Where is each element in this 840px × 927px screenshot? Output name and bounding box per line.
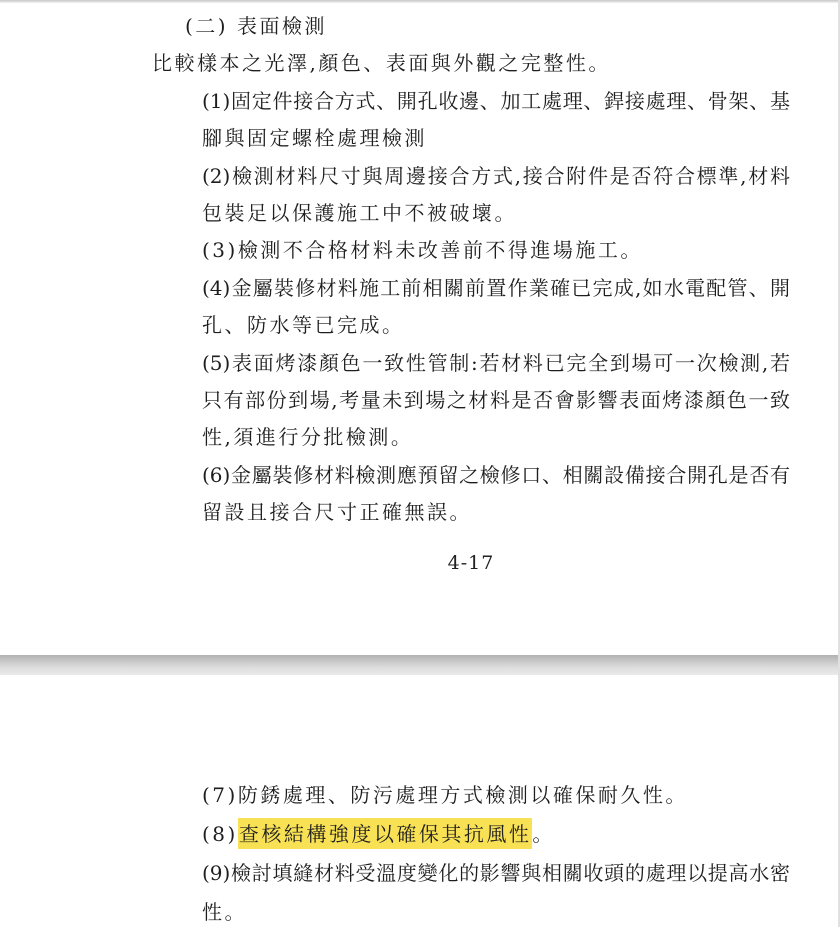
text-segment: 。 [532, 822, 555, 846]
text-segment: (8) [202, 822, 238, 846]
page-2-text-block: (7)防銹處理、防污處理方式檢測以確保耐久性。(8)查核結構強度以確保其抗風性。… [0, 776, 840, 927]
text-line: (8)查核結構強度以確保其抗風性。 [202, 815, 840, 854]
text-line: 比較樣本之光澤,顏色、表面與外觀之完整性。 [152, 45, 840, 82]
text-line: (2)檢測材料尺寸與周邊接合方式,接合附件是否符合標準,材料 [202, 158, 790, 195]
page-1-text-block: (二) 表面檢測比較樣本之光澤,顏色、表面與外觀之完整性。(1)固定件接合方式、… [0, 8, 840, 531]
text-line: 性,須進行分批檢測。 [202, 419, 840, 456]
text-line: 包裝足以保護施工中不被破壞。 [202, 195, 840, 232]
document-page-1: (二) 表面檢測比較樣本之光澤,顏色、表面與外觀之完整性。(1)固定件接合方式、… [0, 3, 840, 655]
text-line: 腳與固定螺栓處理檢測 [202, 120, 840, 157]
page-number: 4-17 [380, 552, 562, 574]
page-gap-divider [0, 655, 840, 675]
text-line: 孔、防水等已完成。 [202, 307, 840, 344]
highlighted-text: 查核結構強度以確保其抗風性 [238, 818, 533, 849]
text-line: (1)固定件接合方式、開孔收邊、加工處理、銲接處理、骨架、基 [202, 83, 790, 120]
text-line: 留設且接合尺寸正確無誤。 [202, 494, 840, 531]
text-line: (二) 表面檢測 [185, 8, 840, 45]
text-line: (5)表面烤漆顏色一致性管制:若材料已完全到場可一次檢測,若 [202, 345, 790, 382]
document-page-2: (7)防銹處理、防污處理方式檢測以確保耐久性。(8)查核結構強度以確保其抗風性。… [0, 675, 840, 927]
text-line: (6)金屬裝修材料檢測應預留之檢修口、相關設備接合開孔是否有 [202, 457, 790, 494]
text-line: 性。 [202, 893, 840, 927]
text-line: 只有部份到場,考量未到場之材料是否會影響表面烤漆顏色一致 [202, 382, 790, 419]
text-line: (4)金屬裝修材料施工前相關前置作業確已完成,如水電配管、開 [202, 270, 790, 307]
text-line: (7)防銹處理、防污處理方式檢測以確保耐久性。 [202, 776, 840, 815]
text-line: (3)檢測不合格材料未改善前不得進場施工。 [202, 232, 840, 269]
text-line: (9)檢討填縫材料受溫度變化的影響與相關收頭的處理以提高水密 [202, 854, 790, 893]
